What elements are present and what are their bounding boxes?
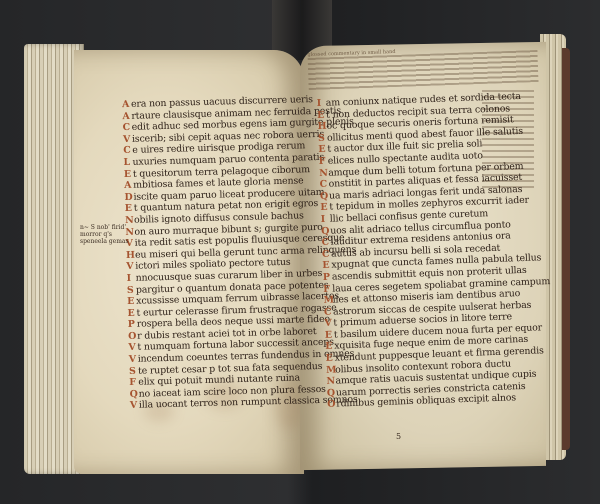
- rubricated-initial: F: [319, 156, 328, 168]
- rubricated-initial: Q: [320, 190, 329, 202]
- rubricated-initial: E: [124, 168, 133, 180]
- rubricated-initial: P: [128, 319, 137, 331]
- rubricated-initial: I: [317, 98, 326, 110]
- rubricated-initial: L: [123, 157, 132, 169]
- rubricated-initial: A: [122, 99, 131, 111]
- rubricated-initial: H: [317, 121, 326, 133]
- margin-note-line: speneela gemas: [80, 238, 129, 245]
- folio-mark: 5: [396, 432, 401, 441]
- rubricated-initial: C: [321, 237, 330, 249]
- rubricated-initial: V: [324, 318, 333, 330]
- rubricated-initial: F: [323, 283, 332, 295]
- margin-note-line: morror q's: [80, 231, 129, 238]
- rubricated-initial: I: [126, 273, 135, 285]
- rubricated-initial: E: [326, 353, 335, 365]
- rubricated-initial: D: [124, 192, 133, 204]
- rubricated-initial: E: [127, 296, 136, 308]
- rubricated-initial: Q: [321, 225, 330, 237]
- rubricated-initial: C: [123, 122, 132, 134]
- rubricated-initial: I: [321, 214, 330, 226]
- rubricated-initial: Q: [327, 387, 336, 399]
- rubricated-initial: E: [320, 202, 329, 214]
- rubricated-initial: M: [323, 295, 332, 307]
- rubricated-initial: E: [325, 329, 334, 341]
- rubricated-initial: E: [127, 307, 136, 319]
- rubricated-initial: P: [323, 272, 332, 284]
- rubricated-initial: V: [130, 400, 139, 412]
- rubricated-initial: C: [322, 248, 331, 260]
- rubricated-initial: C: [123, 145, 132, 157]
- rubricated-initial: E: [325, 341, 334, 353]
- rubricated-initial: O: [128, 331, 137, 343]
- rubricated-initial: S: [129, 365, 138, 377]
- marginal-note: n~ S nob' firid' morror q's speneela gem…: [80, 224, 129, 245]
- rubricated-initial: V: [128, 342, 137, 354]
- margin-note-line: n~ S nob' firid': [80, 224, 129, 231]
- rubricated-initial: A: [124, 180, 133, 192]
- rubricated-initial: N: [326, 376, 335, 388]
- rubricated-initial: V: [126, 261, 135, 273]
- rubricated-initial: F: [129, 377, 138, 389]
- rubricated-initial: C: [324, 306, 333, 318]
- rubricated-initial: N: [319, 167, 328, 179]
- rubricated-initial: H: [126, 250, 135, 262]
- right-page-text: Iam coniunx natique rudes et sordida tec…: [317, 90, 555, 411]
- rubricated-initial: E: [125, 203, 134, 215]
- rubricated-initial: Q: [130, 389, 139, 401]
- rubricated-initial: A: [122, 110, 131, 122]
- rubricated-initial: O: [327, 399, 336, 411]
- rubricated-initial: C: [319, 179, 328, 191]
- rubricated-initial: V: [123, 134, 132, 146]
- top-gloss: glossed commentary in small hand: [307, 44, 538, 92]
- rubricated-initial: E: [318, 144, 327, 156]
- rubricated-initial: V: [129, 354, 138, 366]
- rubricated-initial: S: [318, 133, 327, 145]
- rubricated-initial: S: [127, 284, 136, 296]
- rubricated-initial: M: [326, 364, 335, 376]
- rubricated-initial: E: [317, 109, 326, 121]
- rubricated-initial: E: [322, 260, 331, 272]
- leather-cover-edge: [562, 48, 570, 450]
